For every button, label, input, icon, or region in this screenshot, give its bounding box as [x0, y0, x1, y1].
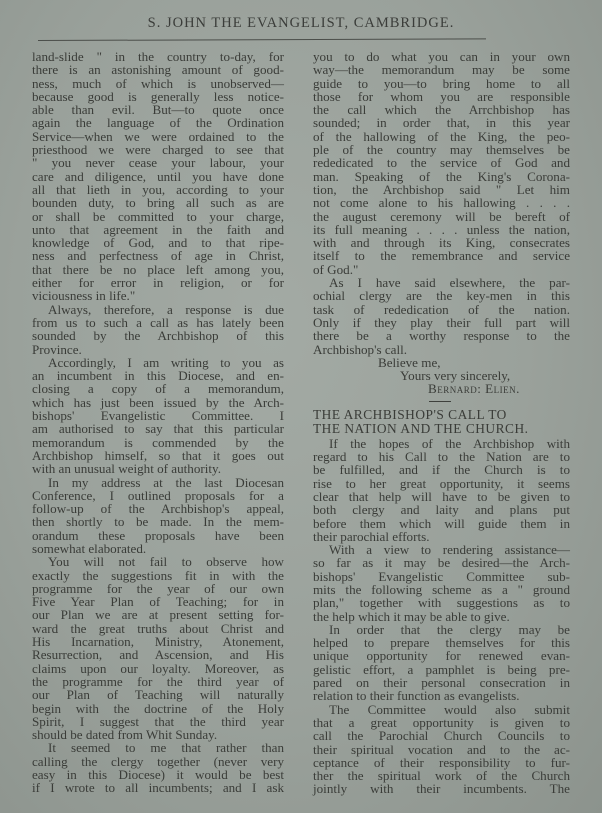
text-line: bishops' Evangelistic Committee. I [32, 409, 284, 422]
text-line: call the Parochial Church Councils to [313, 729, 570, 742]
text-line: all that lieth in you, according to your [32, 183, 284, 196]
text-line: both clergy and laity and plans put [313, 503, 570, 516]
text-line: should be dated from Whit Sunday. [32, 728, 284, 741]
letter-body-continued: you to do what you can in your ownway—th… [313, 50, 570, 356]
section-heading-line-1: THE ARCHBISHOP'S CALL TO [313, 408, 570, 422]
text-line: bounden duty, to bring all such as are [32, 196, 284, 209]
section-separator [429, 401, 451, 402]
text-line: before them which will guide them in [313, 517, 570, 530]
text-line: that a great opportunity is given to [313, 716, 570, 729]
text-line: jointly with their incumbents. The [313, 782, 570, 795]
text-line: calling the clergy together (never very [32, 755, 284, 768]
right-column: you to do what you can in your ownway—th… [313, 50, 570, 796]
paragraph: It seemed to me that rather thancalling … [32, 741, 284, 794]
text-line: Conference, I outlined proposals for a [32, 489, 284, 502]
text-line: relation to their function as evangelist… [313, 689, 570, 702]
text-line: if I wrote to all incumbents; and I ask [32, 781, 284, 794]
text-line: with and through its King, consecrates [313, 236, 570, 249]
text-line: man. Speaking of the King's Corona- [313, 170, 570, 183]
text-line: follow-up of the Archbishop's appeal, [32, 502, 284, 515]
text-line: not come alone to his hallowing . . . . [313, 196, 570, 209]
text-line: ple of the country may themselves be [313, 143, 570, 156]
header-rule [38, 38, 486, 41]
signature-closing: Believe me, [313, 356, 570, 369]
text-line: because good is generally less notice- [32, 90, 284, 103]
text-line: the help which it may be able to give. [313, 610, 570, 623]
text-line: With a view to rendering assistance— [313, 543, 570, 556]
text-line: from us to such a call as has lately bee… [32, 316, 284, 329]
text-line: Resurrection, and Ascension, and His [32, 648, 284, 661]
text-line: Spirit, I suggest that the third year [32, 715, 284, 728]
text-line: closing a copy of a memorandum, [32, 382, 284, 395]
text-line: programme for the year of our own [32, 582, 284, 595]
text-line: His Incarnation, Ministry, Atonement, [32, 635, 284, 648]
text-line: tion, the Archbishop said " Let him [313, 183, 570, 196]
paragraph: You will not fail to observe howexactly … [32, 555, 284, 741]
text-line: there be a worthy response to the [313, 329, 570, 342]
signature-name: Bernard: Elien. [313, 382, 570, 395]
text-line: It seemed to me that rather than [32, 741, 284, 754]
paragraph: In order that the clergy may behelped to… [313, 623, 570, 703]
text-line: exactly the suggestions fit in with the [32, 569, 284, 582]
text-line: then shortly to be made. In the mem- [32, 515, 284, 528]
text-line: claims upon our loyalty. Moreover, as [32, 662, 284, 675]
text-line: In my address at the last Diocesan [32, 476, 284, 489]
text-line: You will not fail to observe how [32, 555, 284, 568]
text-line: the august ceremony will be bereft of [313, 210, 570, 223]
text-line: sounded by the Archbishop of this [32, 329, 284, 342]
text-line: The Committee would also submit [313, 703, 570, 716]
text-line: an incumbent in this Diocese, and en- [32, 369, 284, 382]
left-column: land-slide " in the country to-day, fort… [32, 50, 284, 795]
text-line: am authorised to say that this particula… [32, 422, 284, 435]
text-line: pared on their personal consecration in [313, 676, 570, 689]
text-line: unique opportunity for renewed evan- [313, 649, 570, 662]
running-header: S. JOHN THE EVANGELIST, CAMBRIDGE. [0, 15, 602, 32]
text-line: ceptance of their responsibility to fur- [313, 756, 570, 769]
text-line: If the hopes of the Archbishop with [313, 437, 570, 450]
text-line: that there be no place left among you, [32, 263, 284, 276]
text-line: ness and perfectness of age in Christ, [32, 249, 284, 262]
paragraph: The Committee would also submitthat a gr… [313, 703, 570, 796]
paragraph: As I have said elsewhere, the par-ochial… [313, 276, 570, 356]
text-line: of the hallowing of the King, the peo- [313, 130, 570, 143]
text-line: Five Year Plan of Teaching; for in [32, 595, 284, 608]
text-line: of God." [313, 263, 570, 276]
text-line: somewhat elaborated. [32, 542, 284, 555]
text-line: guide to you—to bring home to all [313, 77, 570, 90]
text-line: land-slide " in the country to-day, for [32, 50, 284, 63]
text-line: begin with the doctrine of the Holy [32, 702, 284, 715]
text-line: itself to the remembrance and service [313, 249, 570, 262]
text-line: " you never cease your labour, your [32, 156, 284, 169]
text-line: rededicated to the service of God and [313, 156, 570, 169]
signature-valediction: Yours very sincerely, [313, 369, 570, 382]
text-line: knowledge of God, and to that ripe- [32, 236, 284, 249]
text-line: Archbishop's call. [313, 343, 570, 356]
text-line: Service—when we were ordained to the [32, 130, 284, 143]
text-line: orandum these proposals have been [32, 529, 284, 542]
text-line: so far as it may be desired—the Arch- [313, 556, 570, 569]
paragraph: In my address at the last DiocesanConfer… [32, 476, 284, 556]
text-line: either for error in religion, or for [32, 276, 284, 289]
text-line: way—the memorandum may be some [313, 63, 570, 76]
text-line: the call which the Arrchbishop has [313, 103, 570, 116]
text-line: ward the great truths about Christ and [32, 622, 284, 635]
text-line: their spiritual vocation and to the ac- [313, 743, 570, 756]
text-line: As I have said elsewhere, the par- [313, 276, 570, 289]
text-line: be fulfilled, and if the Church is to [313, 463, 570, 476]
text-line: their parochial efforts. [313, 530, 570, 543]
text-line: clear that help will have to be given to [313, 490, 570, 503]
text-line: our Plan we are at present setting for- [32, 608, 284, 621]
text-line: again the language of the Ordination [32, 116, 284, 129]
document-page: S. JOHN THE EVANGELIST, CAMBRIDGE. land-… [0, 0, 602, 813]
text-line: Accordingly, I am writing to you as [32, 356, 284, 369]
text-line: Archbishop himself, so that it goes out [32, 449, 284, 462]
section-heading-line-2: THE NATION AND THE CHURCH. [313, 422, 570, 436]
text-line: with an unusual weight of authority. [32, 462, 284, 475]
text-line: memorandum is commended by the [32, 436, 284, 449]
text-line: our Plan of Teaching will naturally [32, 688, 284, 701]
text-line: there is an astonishing amount of good- [32, 63, 284, 76]
section-heading: THE ARCHBISHOP'S CALL TO THE NATION AND … [313, 408, 570, 436]
text-line: Only if they play their full part will [313, 316, 570, 329]
text-line: mits the following scheme as a " ground [313, 583, 570, 596]
text-line: those for whom you are responsible [313, 90, 570, 103]
text-line: ness, much of which is unobserved— [32, 77, 284, 90]
text-line: Province. [32, 343, 284, 356]
text-line: ochial clergy are the key-men in this [313, 289, 570, 302]
paragraph: If the hopes of the Archbishop withregar… [313, 437, 570, 543]
text-line: priesthood we were charged to see that [32, 143, 284, 156]
text-line: you to do what you can in your own [313, 50, 570, 63]
text-line: helped to prepare themselves for this [313, 636, 570, 649]
text-line: rise to her great opportunity, it seems [313, 477, 570, 490]
section-body: If the hopes of the Archbishop withregar… [313, 437, 570, 796]
text-line: sounded; in order that, in this year [313, 116, 570, 129]
text-line: viciousness in life." [32, 289, 284, 302]
text-line: which has just been issued by the Arch- [32, 396, 284, 409]
text-line: plan," together with suggestions as to [313, 596, 570, 609]
text-line: or shall be committed to your charge, [32, 210, 284, 223]
paragraph: you to do what you can in your ownway—th… [313, 50, 570, 276]
text-line: care and diligence, until you have done [32, 170, 284, 183]
text-line: In order that the clergy may be [313, 623, 570, 636]
text-line: the programme for the third year of [32, 675, 284, 688]
text-line: ther the spiritual work of the Church [313, 769, 570, 782]
text-line: gelistic effort, a pamphlet is being pre… [313, 663, 570, 676]
text-line: able than evil. But—to quote once [32, 103, 284, 116]
paragraph: With a view to rendering assistance—so f… [313, 543, 570, 623]
text-line: bishops' Evangelistic Committee sub- [313, 570, 570, 583]
paragraph: land-slide " in the country to-day, fort… [32, 50, 284, 303]
text-line: Always, therefore, a response is due [32, 303, 284, 316]
text-line: task of rededication of the nation. [313, 303, 570, 316]
paragraph: Accordingly, I am writing to you asan in… [32, 356, 284, 476]
text-line: its full meaning . . . . unless the nati… [313, 223, 570, 236]
signature-block: Believe me, Yours very sincerely, Bernar… [313, 356, 570, 396]
text-line: unto that agreement in the faith and [32, 223, 284, 236]
text-line: easy in this Diocese) it would be best [32, 768, 284, 781]
text-line: regard to his Call to the Nation are to [313, 450, 570, 463]
paragraph: Always, therefore, a response is duefrom… [32, 303, 284, 356]
